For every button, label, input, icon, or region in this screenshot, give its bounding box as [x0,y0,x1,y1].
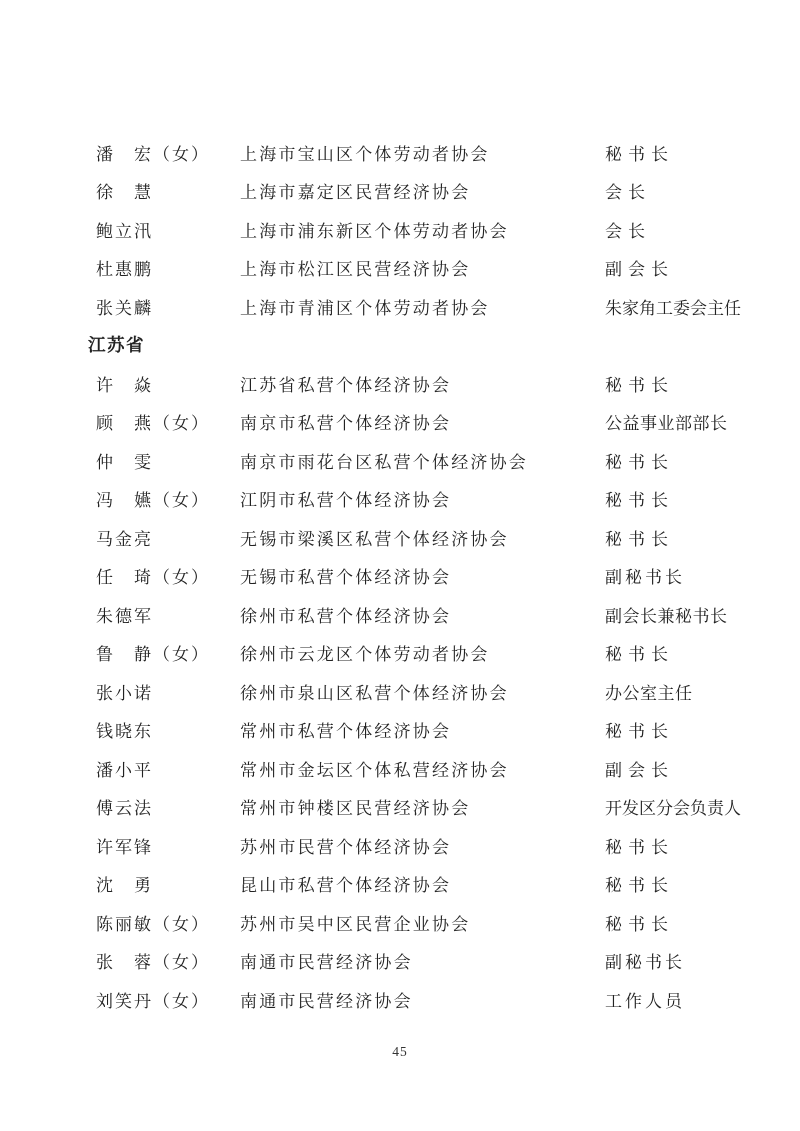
title-cell: 秘书长 [605,910,736,935]
table-row: 徐 慧上海市嘉定区民营经济协会会长 [96,172,736,211]
name-cell: 钱晓东 [96,717,240,742]
title-cell: 公益事业部部长 [605,409,736,434]
table-row: 任 琦（女）无锡市私营个体经济协会副秘书长 [96,557,736,596]
org-cell: 苏州市民营个体经济协会 [240,833,605,858]
table-row: 张 蓉（女）南通市民营经济协会副秘书长 [96,942,736,981]
title-cell: 副会长兼秘书长 [605,602,736,627]
title-cell: 秘书长 [605,371,736,396]
name-cell: 张小诺 [96,679,240,704]
table-row: 沈 勇昆山市私营个体经济协会秘书长 [96,865,736,904]
title-cell: 秘书长 [605,525,736,550]
name-cell: 张 蓉（女） [96,948,240,973]
name-cell: 潘 宏（女） [96,140,240,165]
table-row: 潘小平常州市金坛区个体私营经济协会副会长 [96,749,736,788]
title-cell: 秘书长 [605,640,736,665]
table-row: 许军锋苏州市民营个体经济协会秘书长 [96,826,736,865]
name-cell: 张关麟 [96,294,240,319]
document-page: 潘 宏（女）上海市宝山区个体劳动者协会秘书长徐 慧上海市嘉定区民营经济协会会长鲍… [0,0,800,1131]
title-cell: 秘书长 [605,871,736,896]
name-cell: 徐 慧 [96,178,240,203]
name-cell: 冯 嬿（女） [96,486,240,511]
name-cell: 鲍立汛 [96,217,240,242]
org-cell: 上海市宝山区个体劳动者协会 [240,140,605,165]
title-cell: 秘书长 [605,448,736,473]
org-cell: 常州市钟楼区民营经济协会 [240,794,605,819]
org-cell: 南京市雨花台区私营个体经济协会 [240,448,605,473]
name-cell: 许军锋 [96,833,240,858]
section-header: 江苏省 [88,332,145,357]
table-row: 马金亮无锡市梁溪区私营个体经济协会秘书长 [96,518,736,557]
table-row: 鲁 静（女）徐州市云龙区个体劳动者协会秘书长 [96,634,736,673]
org-cell: 南京市私营个体经济协会 [240,409,605,434]
org-cell: 昆山市私营个体经济协会 [240,871,605,896]
org-cell: 江苏省私营个体经济协会 [240,371,605,396]
org-cell: 常州市私营个体经济协会 [240,717,605,742]
page-number: 45 [0,1044,800,1060]
title-cell: 副秘书长 [605,948,736,973]
table-row: 傅云法常州市钟楼区民营经济协会开发区分会负责人 [96,788,736,827]
title-cell: 秘书长 [605,486,736,511]
table-row: 陈丽敏（女）苏州市吴中区民营企业协会秘书长 [96,903,736,942]
name-cell: 仲 雯 [96,448,240,473]
title-cell: 办公室主任 [605,679,736,704]
org-cell: 上海市青浦区个体劳动者协会 [240,294,605,319]
table-row: 鲍立汛上海市浦东新区个体劳动者协会会长 [96,210,736,249]
name-cell: 刘笑丹（女） [96,987,240,1012]
title-cell: 朱家角工委会主任 [605,294,741,319]
table-row: 钱晓东常州市私营个体经济协会秘书长 [96,711,736,750]
title-cell: 秘书长 [605,717,736,742]
title-cell: 副会长 [605,255,736,280]
name-cell: 沈 勇 [96,871,240,896]
roster-list: 潘 宏（女）上海市宝山区个体劳动者协会秘书长徐 慧上海市嘉定区民营经济协会会长鲍… [96,133,736,1019]
name-cell: 陈丽敏（女） [96,910,240,935]
section-header-row: 江苏省 [96,326,736,365]
title-cell: 副会长 [605,756,736,781]
title-cell: 会长 [605,217,736,242]
name-cell: 顾 燕（女） [96,409,240,434]
table-row: 张小诺徐州市泉山区私营个体经济协会办公室主任 [96,672,736,711]
org-cell: 徐州市私营个体经济协会 [240,602,605,627]
table-row: 刘笑丹（女）南通市民营经济协会工作人员 [96,980,736,1019]
org-cell: 南通市民营经济协会 [240,948,605,973]
name-cell: 任 琦（女） [96,563,240,588]
title-cell: 工作人员 [605,987,736,1012]
org-cell: 江阴市私营个体经济协会 [240,486,605,511]
org-cell: 上海市嘉定区民营经济协会 [240,178,605,203]
table-row: 冯 嬿（女）江阴市私营个体经济协会秘书长 [96,480,736,519]
title-cell: 开发区分会负责人 [605,794,741,819]
org-cell: 南通市民营经济协会 [240,987,605,1012]
title-cell: 秘书长 [605,140,736,165]
name-cell: 傅云法 [96,794,240,819]
table-row: 顾 燕（女）南京市私营个体经济协会公益事业部部长 [96,403,736,442]
org-cell: 上海市松江区民营经济协会 [240,255,605,280]
name-cell: 马金亮 [96,525,240,550]
title-cell: 会长 [605,178,736,203]
org-cell: 苏州市吴中区民营企业协会 [240,910,605,935]
table-row: 朱德军徐州市私营个体经济协会副会长兼秘书长 [96,595,736,634]
name-cell: 许 焱 [96,371,240,396]
table-row: 许 焱江苏省私营个体经济协会秘书长 [96,364,736,403]
table-row: 仲 雯南京市雨花台区私营个体经济协会秘书长 [96,441,736,480]
org-cell: 无锡市私营个体经济协会 [240,563,605,588]
title-cell: 副秘书长 [605,563,736,588]
org-cell: 上海市浦东新区个体劳动者协会 [240,217,605,242]
table-row: 潘 宏（女）上海市宝山区个体劳动者协会秘书长 [96,133,736,172]
name-cell: 杜惠鹏 [96,255,240,280]
org-cell: 无锡市梁溪区私营个体经济协会 [240,525,605,550]
name-cell: 潘小平 [96,756,240,781]
table-row: 杜惠鹏上海市松江区民营经济协会副会长 [96,249,736,288]
title-cell: 秘书长 [605,833,736,858]
table-row: 张关麟上海市青浦区个体劳动者协会朱家角工委会主任 [96,287,736,326]
name-cell: 朱德军 [96,602,240,627]
name-cell: 鲁 静（女） [96,640,240,665]
org-cell: 徐州市泉山区私营个体经济协会 [240,679,605,704]
org-cell: 常州市金坛区个体私营经济协会 [240,756,605,781]
org-cell: 徐州市云龙区个体劳动者协会 [240,640,605,665]
